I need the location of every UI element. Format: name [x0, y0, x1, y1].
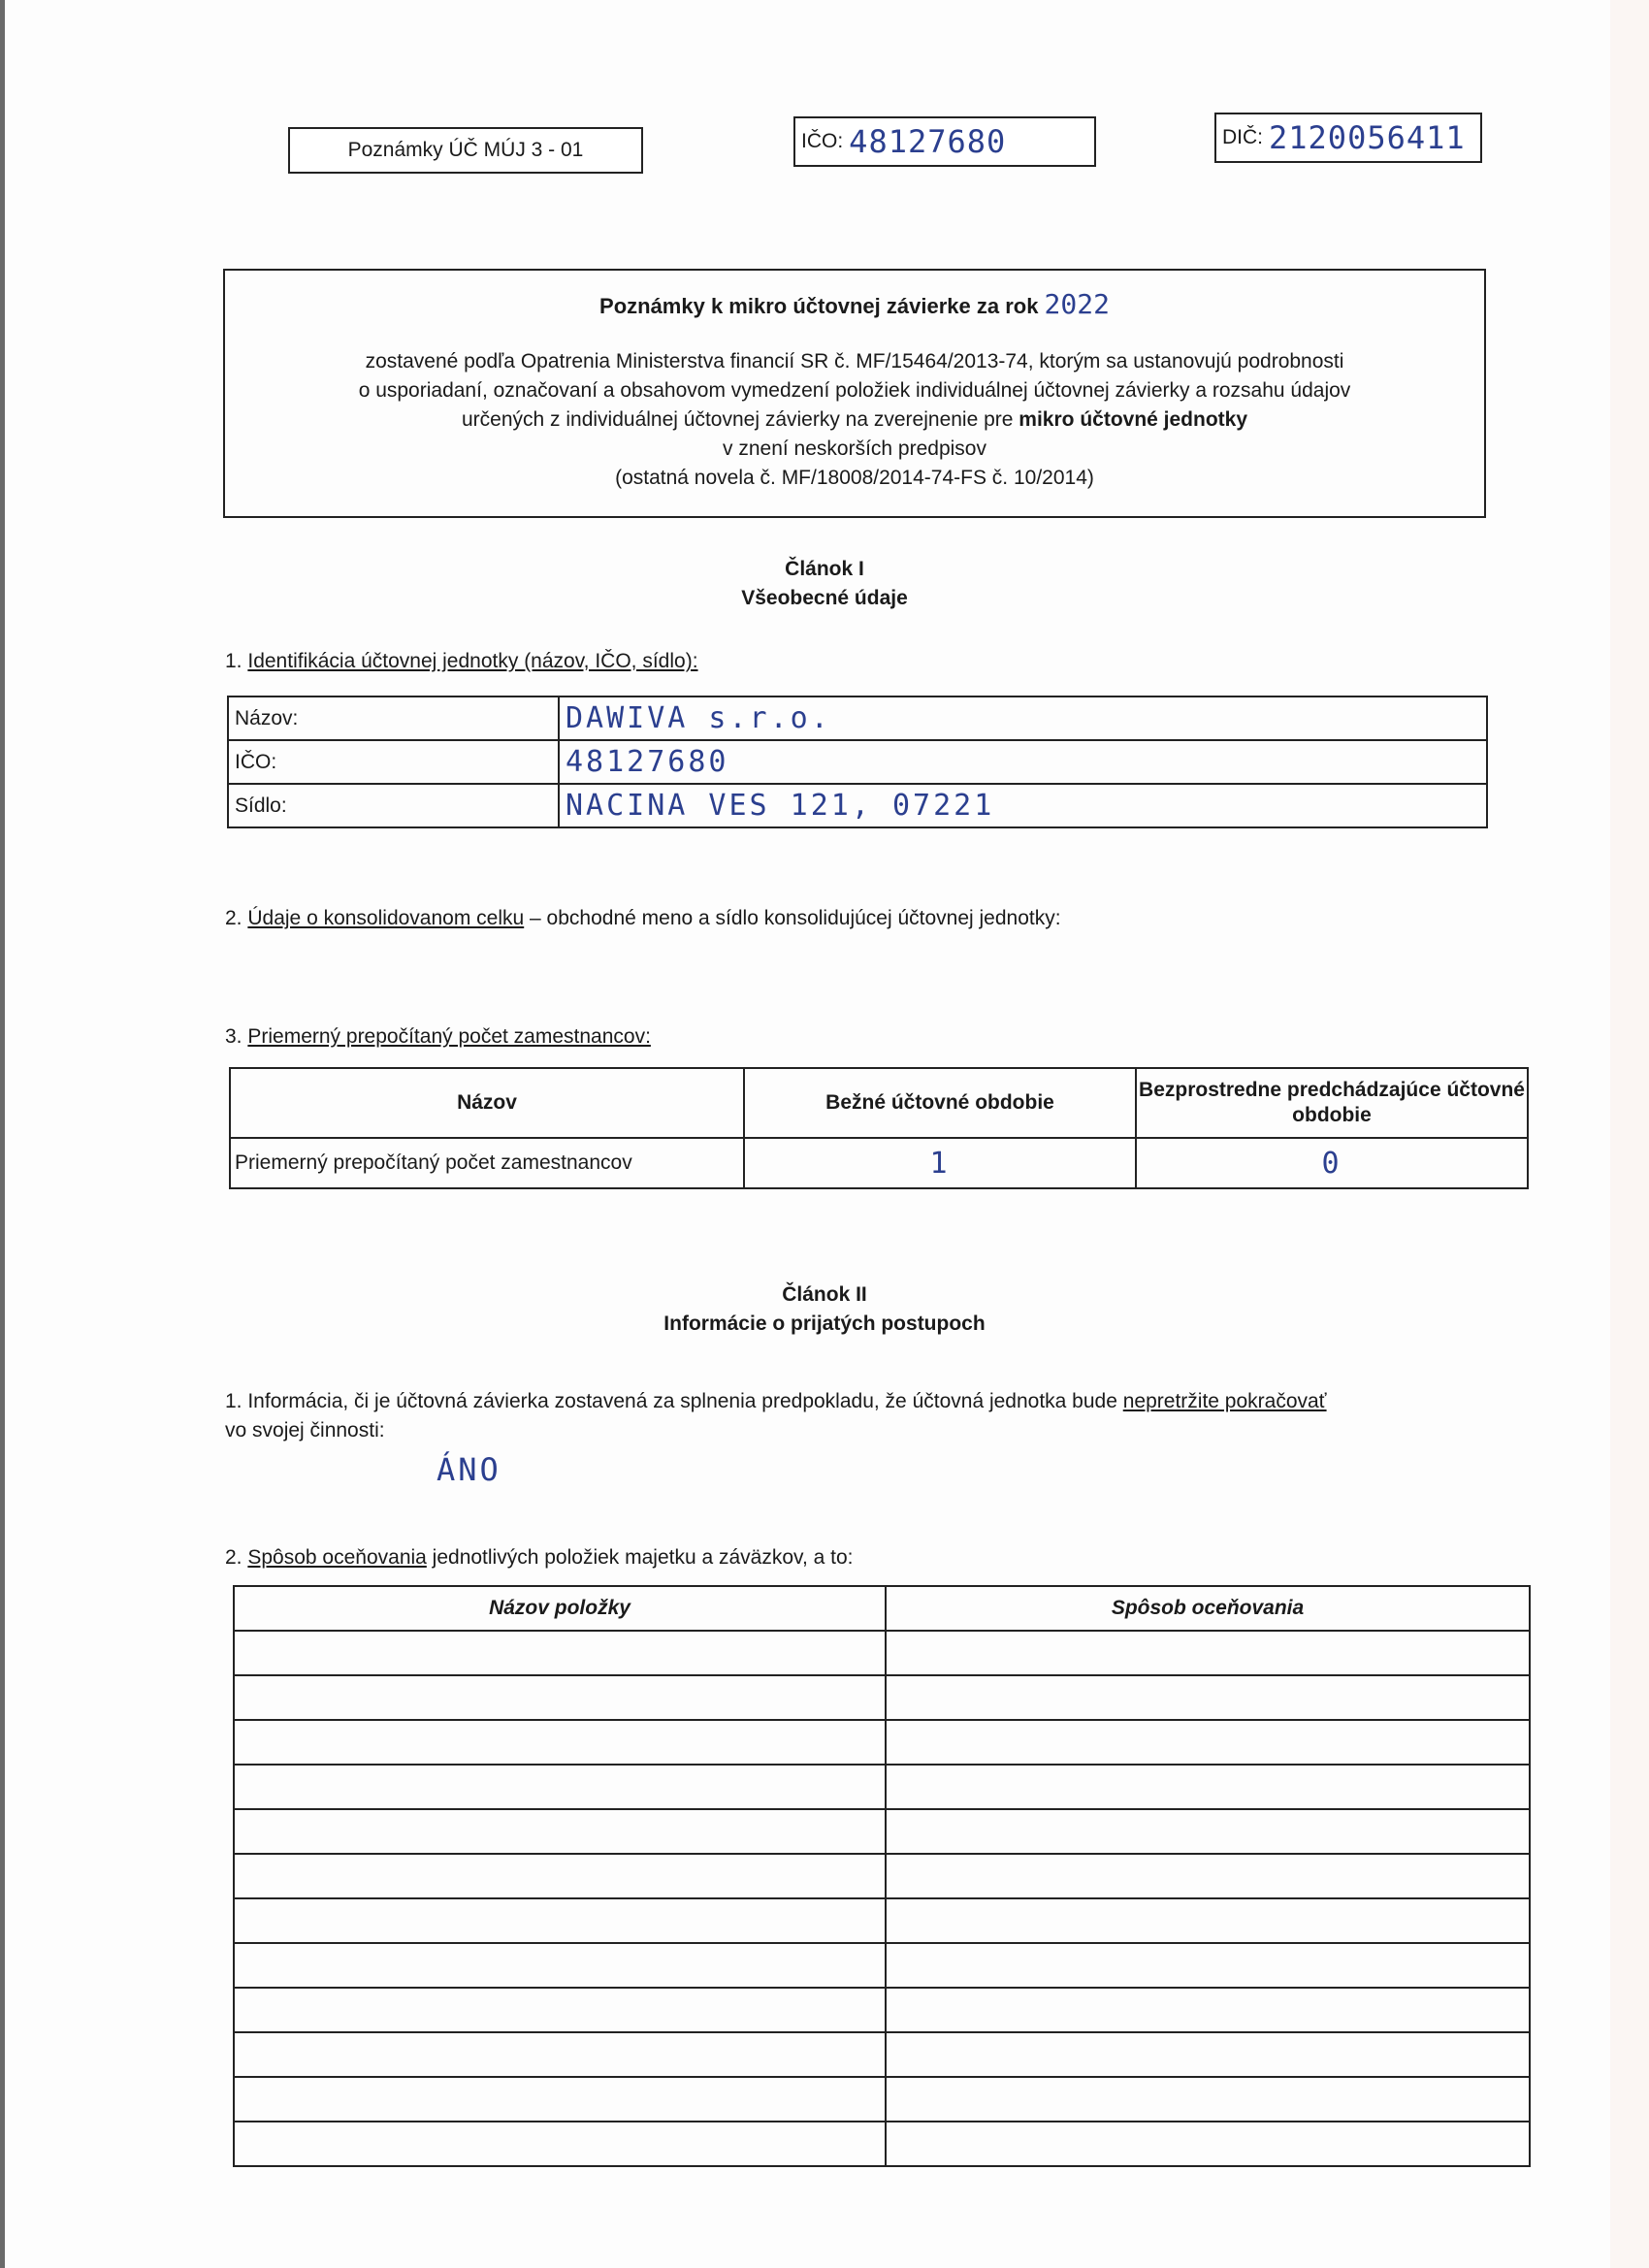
valuation-method-cell[interactable] — [886, 1765, 1530, 1809]
item-name-cell[interactable] — [234, 2032, 886, 2077]
ico-box: IČO: 48127680 — [793, 116, 1096, 167]
section-title: Identifikácia účtovnej jednotky (názov, … — [247, 650, 697, 672]
article-2-title: Článok II — [0, 1280, 1649, 1310]
article-2-subtitle: Informácie o prijatých postupoch — [0, 1310, 1649, 1339]
valuation-method-cell[interactable] — [886, 1631, 1530, 1675]
section-1-2-label: 2. Údaje o konsolidovanom celku – obchod… — [225, 907, 1061, 930]
title-text: Poznámky k mikro účtovnej závierke za ro… — [599, 294, 1045, 318]
row-label: Priemerný prepočítaný počet zamestnancov — [230, 1138, 744, 1188]
table-row: IČO: 48127680 — [228, 740, 1487, 784]
previous-period-value: 0 — [1321, 1147, 1342, 1181]
table-row — [234, 1720, 1530, 1765]
name-field[interactable]: DAWIVA s.r.o. — [559, 697, 1487, 740]
valuation-method-cell[interactable] — [886, 1988, 1530, 2032]
previous-period-field[interactable]: 0 — [1136, 1138, 1528, 1188]
section-2-2-label: 2. Spôsob oceňovania jednotlivých položi… — [225, 1546, 854, 1570]
table-row — [234, 2122, 1530, 2166]
item-name-cell[interactable] — [234, 1988, 886, 2032]
column-header-current-period: Bežné účtovné obdobie — [744, 1068, 1136, 1138]
question-text-line-2: vo svojej činnosti: — [225, 1419, 385, 1442]
employees-table: Názov Bežné účtovné obdobie Bezprostredn… — [229, 1067, 1529, 1189]
seat-field[interactable]: NACINA VES 121, 07221 — [559, 784, 1487, 827]
table-row — [234, 1898, 1530, 1943]
table-row — [234, 1943, 1530, 1988]
table-row — [234, 2032, 1530, 2077]
scan-edge-right — [1610, 0, 1649, 2268]
table-row — [234, 1988, 1530, 2032]
valuation-method-cell[interactable] — [886, 2122, 1530, 2166]
item-name-cell[interactable] — [234, 2122, 886, 2166]
ico-row-label: IČO: — [228, 740, 559, 784]
item-name-cell[interactable] — [234, 1809, 886, 1854]
valuation-method-cell[interactable] — [886, 1898, 1530, 1943]
legal-line-4: v znení neskorších predpisov — [225, 435, 1484, 464]
going-concern-answer[interactable]: ÁNO — [436, 1451, 501, 1488]
document-title: Poznámky k mikro účtovnej závierke za ro… — [225, 288, 1484, 320]
table-row: Priemerný prepočítaný počet zamestnancov… — [230, 1138, 1528, 1188]
dic-value[interactable]: 2120056411 — [1269, 119, 1466, 156]
valuation-method-cell[interactable] — [886, 2077, 1530, 2122]
current-period-field[interactable]: 1 — [744, 1138, 1136, 1188]
form-code-box: Poznámky ÚČ MÚJ 3 - 01 — [288, 127, 643, 174]
item-name-cell[interactable] — [234, 1631, 886, 1675]
item-name-cell[interactable] — [234, 1943, 886, 1988]
legal-line-1: zostavené podľa Opatrenia Ministerstva f… — [225, 347, 1484, 376]
table-row — [234, 2077, 1530, 2122]
table-header-row: Názov položky Spôsob oceňovania — [234, 1586, 1530, 1631]
table-row — [234, 1675, 1530, 1720]
legal-line-3: určených z individuálnej účtovnej závier… — [225, 405, 1484, 435]
ico-field[interactable]: 48127680 — [559, 740, 1487, 784]
section-title-rest: jednotlivých položiek majetku a záväzkov… — [427, 1546, 854, 1569]
valuation-method-cell[interactable] — [886, 2032, 1530, 2077]
section-title: Priemerný prepočítaný počet zamestnancov… — [247, 1025, 651, 1048]
name-label: Názov: — [228, 697, 559, 740]
column-header-previous-period: Bezprostredne predchádzajúce účtovné obd… — [1136, 1068, 1528, 1138]
item-name-cell[interactable] — [234, 1898, 886, 1943]
article-1-subtitle: Všeobecné údaje — [0, 584, 1649, 613]
seat-value: NACINA VES 121, 07221 — [566, 789, 994, 823]
question-underlined: nepretržite pokračovať — [1123, 1390, 1327, 1412]
section-1-1-label: 1. Identifikácia účtovnej jednotky (názo… — [225, 650, 698, 673]
question-text: 1. Informácia, či je účtovná závierka zo… — [225, 1390, 1123, 1412]
year-value[interactable]: 2022 — [1045, 288, 1110, 320]
title-box: Poznámky k mikro účtovnej závierke za ro… — [223, 269, 1486, 518]
dic-label: DIČ: — [1222, 126, 1263, 149]
ico-row-value: 48127680 — [566, 745, 729, 779]
article-1-title: Článok I — [0, 555, 1649, 584]
table-row: Sídlo: NACINA VES 121, 07221 — [228, 784, 1487, 827]
section-title-underlined: Údaje o konsolidovanom celku — [247, 907, 524, 929]
form-code: Poznámky ÚČ MÚJ 3 - 01 — [348, 139, 584, 162]
item-name-cell[interactable] — [234, 2077, 886, 2122]
section-title-underlined: Spôsob oceňovania — [247, 1546, 426, 1569]
legal-line-5: (ostatná novela č. MF/18008/2014-74-FS č… — [225, 464, 1484, 493]
table-row — [234, 1631, 1530, 1675]
table-header-row: Názov Bežné účtovné obdobie Bezprostredn… — [230, 1068, 1528, 1138]
column-header-valuation-method: Spôsob oceňovania — [886, 1586, 1530, 1631]
legal-line-2: o usporiadaní, označovaní a obsahovom vy… — [225, 376, 1484, 405]
table-row — [234, 1854, 1530, 1898]
item-name-cell[interactable] — [234, 1854, 886, 1898]
valuation-method-cell[interactable] — [886, 1809, 1530, 1854]
section-title-rest: – obchodné meno a sídlo konsolidujúcej ú… — [524, 907, 1060, 929]
section-number: 3. — [225, 1025, 247, 1048]
scan-edge-left — [0, 0, 5, 2268]
article-2-heading: Článok II Informácie o prijatých postupo… — [0, 1280, 1649, 1339]
column-header-item-name: Názov položky — [234, 1586, 886, 1631]
item-name-cell[interactable] — [234, 1720, 886, 1765]
legal-basis: zostavené podľa Opatrenia Ministerstva f… — [225, 347, 1484, 493]
valuation-method-cell[interactable] — [886, 1943, 1530, 1988]
item-name-cell[interactable] — [234, 1765, 886, 1809]
table-row — [234, 1765, 1530, 1809]
section-number: 1. — [225, 650, 247, 672]
article-1-heading: Článok I Všeobecné údaje — [0, 555, 1649, 613]
dic-box: DIČ: 2120056411 — [1214, 113, 1482, 163]
name-value: DAWIVA s.r.o. — [566, 701, 831, 735]
valuation-method-cell[interactable] — [886, 1854, 1530, 1898]
legal-line-3-text: určených z individuálnej účtovnej závier… — [462, 408, 1018, 431]
ico-label: IČO: — [801, 130, 843, 153]
valuation-table: Názov položky Spôsob oceňovania — [233, 1585, 1531, 2167]
seat-label: Sídlo: — [228, 784, 559, 827]
section-number: 2. — [225, 907, 247, 929]
table-row — [234, 1809, 1530, 1854]
current-period-value: 1 — [929, 1147, 950, 1181]
ico-value[interactable]: 48127680 — [849, 123, 1006, 160]
identification-table: Názov: DAWIVA s.r.o. IČO: 48127680 Sídlo… — [227, 696, 1488, 828]
column-header-name: Názov — [230, 1068, 744, 1138]
legal-line-3-bold: mikro účtovné jednotky — [1018, 408, 1247, 431]
valuation-method-cell[interactable] — [886, 1720, 1530, 1765]
item-name-cell[interactable] — [234, 1675, 886, 1720]
section-number: 2. — [225, 1546, 247, 1569]
section-2-1-text: 1. Informácia, či je účtovná závierka zo… — [225, 1387, 1530, 1445]
table-row: Názov: DAWIVA s.r.o. — [228, 697, 1487, 740]
section-1-3-label: 3. Priemerný prepočítaný počet zamestnan… — [225, 1025, 651, 1049]
valuation-method-cell[interactable] — [886, 1675, 1530, 1720]
